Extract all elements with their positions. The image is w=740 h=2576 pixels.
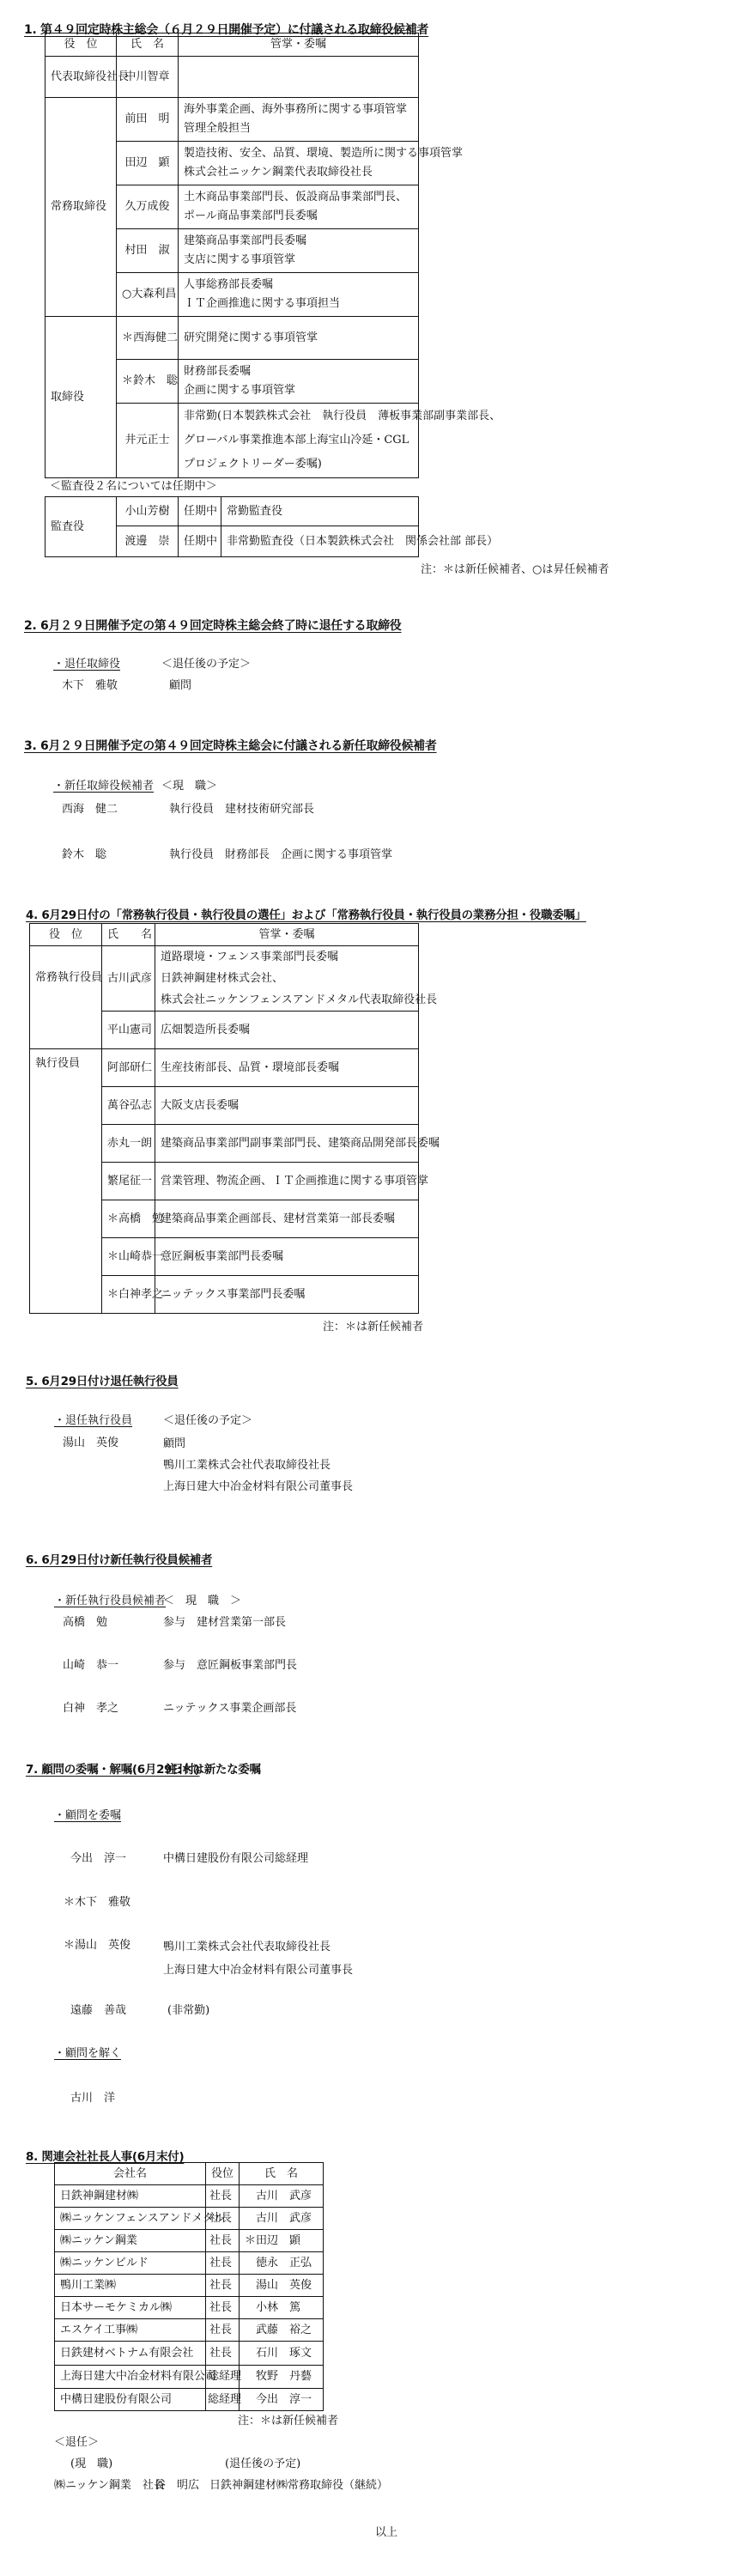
- term-cell: 任期中: [179, 497, 221, 526]
- retiring-director-name: 木下 雅敬: [62, 676, 118, 692]
- table-row: 日本サーモケミカル㈱社長 小林 篤: [55, 2297, 324, 2319]
- advisor-detail: (非常勤): [167, 2001, 209, 2017]
- role-cell: 社長: [206, 2275, 240, 2297]
- duties-cell: 建築商品事業部門副事業部門長、建築商品開発部長委嘱: [155, 1125, 419, 1163]
- header-name: 氏 名: [240, 2163, 324, 2185]
- duties-cell: 道路環境・フェンス事業部門長委嘱日鉄神鋼建材株式会社、株式会社ニッケンフェンスア…: [155, 946, 419, 1012]
- advisor-name: ＊湯山 英俊: [64, 1935, 130, 1952]
- name-cell: 萬谷弘志: [102, 1087, 155, 1125]
- table-row: ㈱ニッケン鋼業社長＊田辺 顕: [55, 2230, 324, 2252]
- new-officer-name: 白神 孝之: [63, 1698, 118, 1715]
- section-4-title: 4. 6月29日付の「常務執行役員・執行役員の選任」および「常務執行役員・執行役…: [26, 905, 586, 922]
- name-cell: 湯山 英俊: [240, 2275, 324, 2297]
- advisor-name: 今出 淳一: [70, 1849, 126, 1865]
- duties-cell: 生産技術部長、品質・環境部長委嘱: [155, 1049, 419, 1087]
- company-cell: 日本サーモケミカル㈱: [55, 2297, 206, 2319]
- after-retirement-label: ＜退任後の予定＞: [163, 1411, 252, 1427]
- header-name: 氏 名: [102, 924, 155, 946]
- duties-cell: 大阪支店長委嘱: [155, 1087, 419, 1125]
- section-8-note: 注：＊は新任候補者: [238, 2411, 338, 2427]
- retire-after: 日鉄神鋼建材㈱常務取締役（継続）: [209, 2476, 388, 2492]
- company-cell: ㈱ニッケンフェンスアンドメタル: [55, 2208, 206, 2230]
- name-cell: ＊西海健二: [117, 317, 179, 360]
- role-cell: 社長: [206, 2208, 240, 2230]
- position-cell: 代表取締役社長: [45, 57, 117, 98]
- current-position-label: ＜ 現 職 ＞: [163, 1591, 241, 1607]
- name-cell: 中川智章: [117, 57, 179, 98]
- dismissed-advisor-name: 古川 洋: [70, 2088, 115, 2105]
- new-officer-current: 参与 建材営業第一部長: [163, 1613, 286, 1629]
- duties-cell: 建築商品事業企画部長、建材営業第一部長委嘱: [155, 1200, 419, 1238]
- advisor-name: ＊木下 雅敬: [64, 1893, 130, 1909]
- header-role: 役位: [206, 2163, 240, 2185]
- new-director-name: 鈴木 聡: [62, 845, 106, 861]
- company-cell: 上海日建大中冶金材料有限公司: [55, 2366, 206, 2389]
- position-cell: 監査役: [45, 497, 117, 557]
- table-row: 上海日建大中冶金材料有限公司総経理 牧野 丹藝: [55, 2366, 324, 2389]
- name-cell: 田辺 顕: [117, 142, 179, 185]
- new-officer-current: 参与 意匠鋼板事業部門長: [163, 1656, 297, 1672]
- role-cell: 総経理: [206, 2389, 240, 2411]
- role-cell: 社長: [206, 2230, 240, 2252]
- section-1-note: 注：＊は新任候補者、○は昇任候補者: [421, 560, 609, 576]
- name-cell: 古川武彦: [102, 946, 155, 1012]
- current-position-label: ＜現 職＞: [161, 776, 217, 793]
- company-cell: ㈱ニッケンビルド: [55, 2252, 206, 2275]
- table-row: ㈱ニッケンフェンスアンドメタル社長 古川 武彦: [55, 2208, 324, 2230]
- table-row: エスケイ工事㈱社長 武藤 裕之: [55, 2319, 324, 2342]
- new-officer-label: ・新任執行役員候補者: [54, 1591, 166, 1607]
- retiring-director-after: 顧問: [169, 676, 191, 692]
- duties-cell: 営業管理、物流企画、ＩＴ企画推進に関する事項管掌: [155, 1163, 419, 1200]
- duties-cell: 財務部長委嘱企画に関する事項管掌: [179, 360, 419, 404]
- company-cell: 日鉄神鋼建材㈱: [55, 2185, 206, 2208]
- duties-cell: 非常勤(日本製鉄株式会社 執行役員 薄板事業部副事業部長、グローバル事業推進本部…: [179, 404, 419, 478]
- new-director-current: 執行役員 財務部長 企画に関する事項管掌: [169, 845, 392, 861]
- new-director-current: 執行役員 建材技術研究部長: [169, 799, 314, 816]
- auditor-table: 監査役 小山芳樹 任期中 常勤監査役 渡邊 崇 任期中 非常勤監査役（日本製鉄株…: [45, 496, 419, 557]
- header-name: 氏 名: [117, 33, 179, 57]
- section-2-title: 2. 6月２９日開催予定の第４９回定時株主総会終了時に退任する取締役: [24, 617, 401, 634]
- name-cell: 小林 篤: [240, 2297, 324, 2319]
- company-cell: 鴨川工業㈱: [55, 2275, 206, 2297]
- name-cell: 久万成俊: [117, 185, 179, 229]
- role-cell: 社長: [206, 2342, 240, 2366]
- position-cell: 執行役員: [30, 1049, 102, 1314]
- duties-cell: 製造技術、安全、品質、環境、製造所に関する事項管掌株式会社ニッケン鋼業代表取締役…: [179, 142, 419, 185]
- retirement-label: ＜退任＞: [54, 2433, 99, 2449]
- name-cell: 井元正士: [117, 404, 179, 478]
- section-7-note: 注:＊は新たな委嘱: [166, 1759, 261, 1777]
- auditor-caption: ＜監査役２名については任期中＞: [50, 477, 217, 493]
- name-cell: 徳永 正弘: [240, 2252, 324, 2275]
- name-cell: 今出 淳一: [240, 2389, 324, 2411]
- new-director-label: ・新任取締役候補者: [53, 776, 154, 793]
- name-cell: ○大森利昌: [117, 273, 179, 317]
- name-cell: 渡邊 崇: [117, 526, 179, 557]
- name-cell: 石川 琢文: [240, 2342, 324, 2366]
- table-row: ㈱ニッケンビルド社長 徳永 正弘: [55, 2252, 324, 2275]
- name-cell: 阿部研仁: [102, 1049, 155, 1087]
- name-cell: 繁尾征一: [102, 1163, 155, 1200]
- advisor-detail: 中構日建股份有限公司総経理: [163, 1849, 308, 1865]
- section-8-title: 8. 関連会社社長人事(6月末付): [26, 2147, 184, 2164]
- new-officer-name: 山崎 恭一: [63, 1656, 118, 1672]
- table-row: 日鉄建材ベトナム有限会社社長 石川 琢文: [55, 2342, 324, 2366]
- role-cell: 常勤監査役: [221, 497, 419, 526]
- name-cell: ＊田辺 顕: [240, 2230, 324, 2252]
- director-candidates-table: 役 位 氏 名 管掌・委嘱 代表取締役社長 中川智章 常務取締役 前田 明 海外…: [45, 33, 419, 478]
- name-cell: 牧野 丹藝: [240, 2366, 324, 2389]
- retire-current: ㈱ニッケン鋼業 社長: [54, 2476, 165, 2492]
- retiring-officer-label: ・退任執行役員: [54, 1411, 132, 1427]
- duties-cell: 人事総務部長委嘱ＩＴ企画推進に関する事項担当: [179, 273, 419, 317]
- new-director-name: 西海 健二: [62, 799, 118, 816]
- duties-cell: 建築商品事業部門長委嘱支店に関する事項管掌: [179, 229, 419, 273]
- appoint-advisor-label: ・顧問を委嘱: [54, 1806, 121, 1822]
- header-duties: 管掌・委嘱: [179, 33, 419, 57]
- table-row: 日鉄神鋼建材㈱社長 古川 武彦: [55, 2185, 324, 2208]
- retire-current-header: (現 職): [70, 2454, 112, 2470]
- retiring-director-label: ・退任取締役: [53, 654, 120, 671]
- after-retirement-label: ＜退任後の予定＞: [161, 654, 251, 671]
- role-cell: 社長: [206, 2185, 240, 2208]
- duties-cell: 意匠鋼板事業部門長委嘱: [155, 1238, 419, 1276]
- company-cell: 中構日建股份有限公司: [55, 2389, 206, 2411]
- company-cell: ㈱ニッケン鋼業: [55, 2230, 206, 2252]
- executive-officers-table: 役 位 氏 名 管掌・委嘱 常務執行役員 古川武彦 道路環境・フェンス事業部門長…: [29, 923, 419, 1314]
- name-cell: ＊鈴木 聡: [117, 360, 179, 404]
- retiring-officer-after: 顧問 鴨川工業株式会社代表取締役社長 上海日建大中冶金材料有限公司董事長: [163, 1433, 353, 1498]
- section-5-title: 5. 6月29日付け退任執行役員: [26, 1371, 179, 1388]
- closing-text: 以上: [375, 2523, 397, 2539]
- name-cell: 村田 淑: [117, 229, 179, 273]
- position-cell: 常務執行役員: [30, 946, 102, 1049]
- duties-cell: 研究開発に関する事項管掌: [179, 317, 419, 360]
- header-duties: 管掌・委嘱: [155, 924, 419, 946]
- duties-cell: ニッテックス事業部門長委嘱: [155, 1276, 419, 1314]
- duties-cell: 土木商品事業部門長、仮設商品事業部門長、ポール商品事業部門長委嘱: [179, 185, 419, 229]
- header-position: 役 位: [30, 924, 102, 946]
- name-cell: 古川 武彦: [240, 2208, 324, 2230]
- retire-name: 谷 明広: [155, 2476, 199, 2492]
- section-3-title: 3. 6月２９日開催予定の第４９回定時株主総会に付議される新任取締役候補者: [24, 737, 437, 754]
- position-cell: 取締役: [45, 317, 117, 478]
- advisor-name: 遠藤 善哉: [70, 2001, 126, 2017]
- table-row: 鴨川工業㈱社長 湯山 英俊: [55, 2275, 324, 2297]
- duties-cell: 広畑製造所長委嘱: [155, 1012, 419, 1049]
- name-cell: 前田 明: [117, 98, 179, 142]
- name-cell: ＊白神孝之: [102, 1276, 155, 1314]
- duties-cell: [179, 57, 419, 98]
- role-cell: 社長: [206, 2252, 240, 2275]
- role-cell: 社長: [206, 2319, 240, 2342]
- header-position: 役 位: [45, 33, 117, 57]
- role-cell: 非常勤監査役（日本製鉄株式会社 関係会社部 部長）: [221, 526, 419, 557]
- advisor-detail: 鴨川工業株式会社代表取締役社長 上海日建大中冶金材料有限公司董事長: [163, 1935, 353, 1982]
- company-cell: エスケイ工事㈱: [55, 2319, 206, 2342]
- name-cell: 小山芳樹: [117, 497, 179, 526]
- dismiss-advisor-label: ・顧問を解く: [54, 2044, 121, 2060]
- company-cell: 日鉄建材ベトナム有限会社: [55, 2342, 206, 2366]
- retiring-officer-name: 湯山 英俊: [63, 1433, 118, 1449]
- role-cell: 社長: [206, 2297, 240, 2319]
- name-cell: 武藤 裕之: [240, 2319, 324, 2342]
- new-officer-current: ニッテックス事業企画部長: [163, 1698, 296, 1715]
- affiliate-presidents-table: 会社名 役位 氏 名 日鉄神鋼建材㈱社長 古川 武彦 ㈱ニッケンフェンスアンドメ…: [54, 2162, 324, 2411]
- name-cell: ＊山崎恭一: [102, 1238, 155, 1276]
- retire-after-header: (退任後の予定): [225, 2454, 300, 2470]
- section-6-title: 6. 6月29日付け新任執行役員候補者: [26, 1550, 212, 1567]
- table-row: 中構日建股份有限公司総経理 今出 淳一: [55, 2389, 324, 2411]
- name-cell: 赤丸一朗: [102, 1125, 155, 1163]
- name-cell: 古川 武彦: [240, 2185, 324, 2208]
- duties-cell: 海外事業企画、海外事務所に関する事項管掌管理全般担当: [179, 98, 419, 142]
- header-company: 会社名: [55, 2163, 206, 2185]
- role-cell: 総経理: [206, 2366, 240, 2389]
- section-4-note: 注：＊は新任候補者: [323, 1317, 423, 1334]
- name-cell: 平山憲司: [102, 1012, 155, 1049]
- name-cell: ＊高橋 勉: [102, 1200, 155, 1238]
- new-officer-name: 高橋 勉: [63, 1613, 107, 1629]
- term-cell: 任期中: [179, 526, 221, 557]
- position-cell: 常務取締役: [45, 98, 117, 317]
